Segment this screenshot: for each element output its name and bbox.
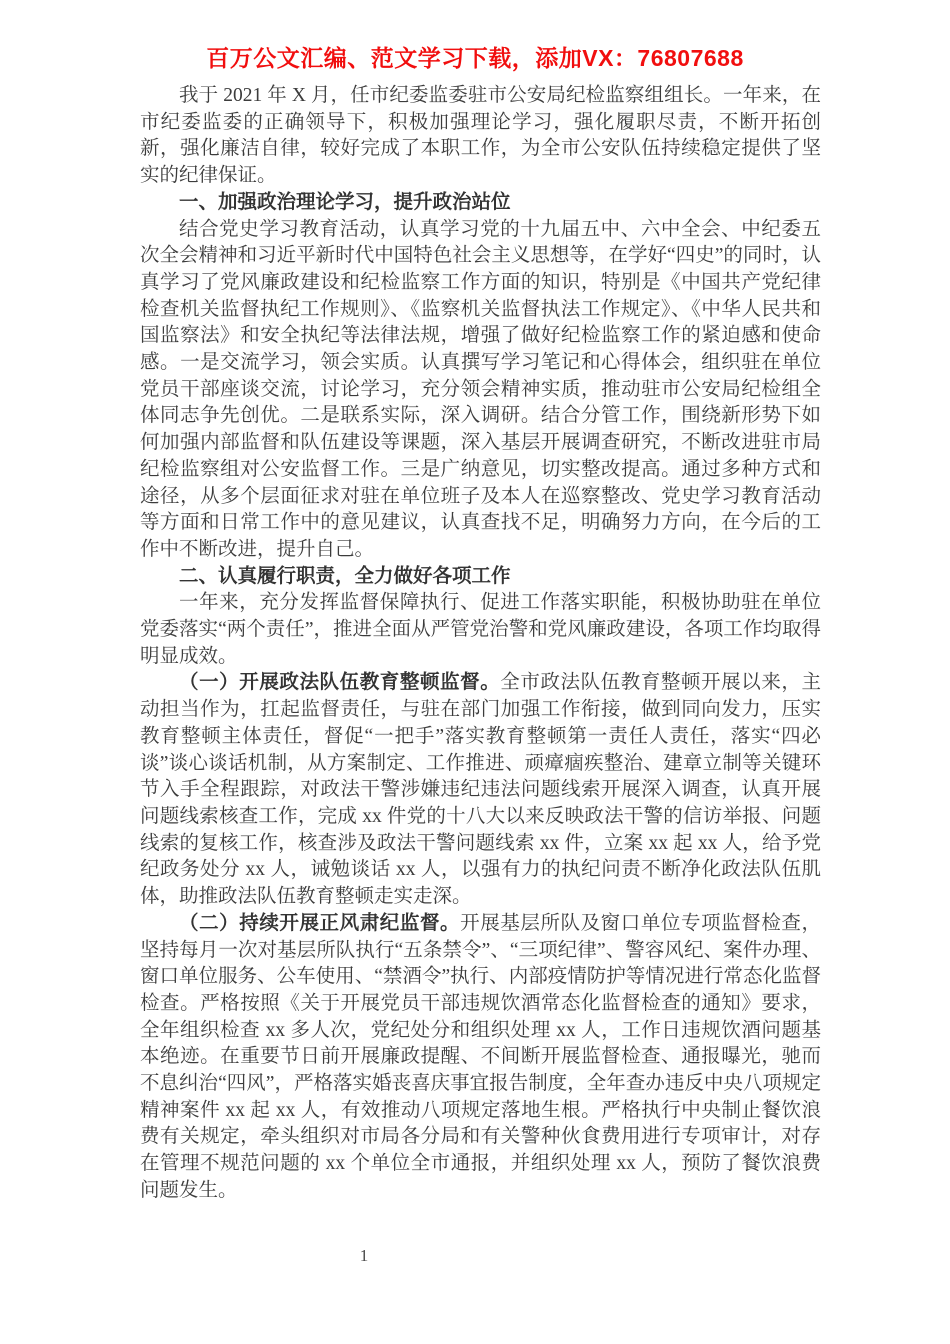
paragraph-subitem-1: （一）开展政法队伍教育整顿监督。全市政法队伍教育整顿开展以来，主动担当作为，扛起… [140,670,821,910]
paragraph-subitem-2-text: 开展基层所队及窗口单位专项监督检查，坚持每月一次对基层所队执行“五条禁令”、“三… [140,913,821,1201]
paragraph-subitem-2: （二）持续开展正风肃纪监督。开展基层所队及窗口单位专项监督检查，坚持每月一次对基… [140,911,821,1205]
section-heading-1: 一、加强政治理论学习，提升政治站位 [140,190,821,217]
page-number: 1 [324,1246,404,1266]
paragraph-section-2-intro: 一年来，充分发挥监督保障执行、促进工作落实职能，积极协助驻在单位党委落实“两个责… [140,590,821,670]
document-body: 我于 2021 年 X 月，任市纪委监委驻市公安局纪检监察组组长。一年来，在市纪… [140,83,821,1205]
paragraph-subitem-2-lead: （二）持续开展正风肃纪监督。 [179,913,460,934]
document-page: 百万公文汇编、范文学习下载，添加VX：76807688 我于 2021 年 X … [0,0,950,1344]
paragraph-intro: 我于 2021 年 X 月，任市纪委监委驻市公安局纪检监察组组长。一年来，在市纪… [140,83,821,190]
section-heading-2: 二、认真履行职责，全力做好各项工作 [140,564,821,591]
paragraph-subitem-1-lead: （一）开展政法队伍教育整顿监督。 [179,672,500,693]
paragraph-section-1: 结合党史学习教育活动，认真学习党的十九届五中、六中全会、中纪委五次全会精神和习近… [140,217,821,564]
paragraph-subitem-1-text: 全市政法队伍教育整顿开展以来，主动担当作为，扛起监督责任，与驻在部门加强工作衔接… [140,672,821,907]
header-promo-note: 百万公文汇编、范文学习下载，添加VX：76807688 [0,44,950,72]
